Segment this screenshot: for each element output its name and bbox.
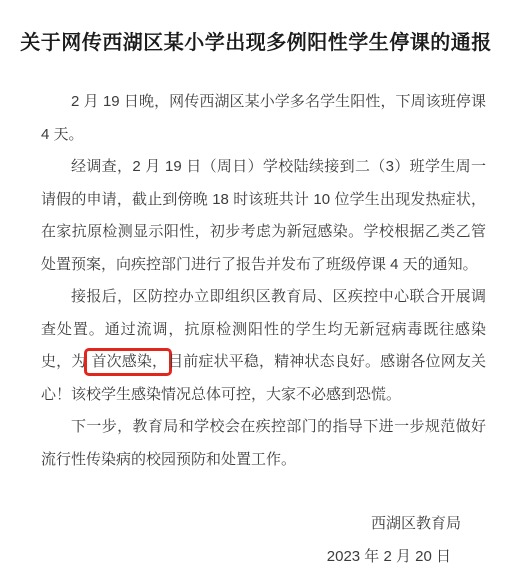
paragraph-next-steps: 下一步，教育局和学校会在疾控部门的指导下进一步规范做好流行性传染病的校园预防和处… [41,411,486,476]
document-body: 2 月 19 日晚，网传西湖区某小学多名学生阳性，下周该班停课 4 天。 经调查… [41,86,486,565]
paragraph-response: 接报后，区防控办立即组织区教育局、区疾控中心联合开展调查处置。通过流调，抗原检测… [41,281,486,411]
signature-block: 西湖区教育局 2023 年 2 月 20 日 [41,508,486,565]
notice-document: 关于网传西湖区某小学出现多例阳性学生停课的通报 2 月 19 日晚，网传西湖区某… [0,0,512,565]
paragraph-investigation: 经调查，2 月 19 日（周日）学校陆续接到二（3）班学生周一请假的申请，截止到… [41,151,486,281]
signature-org: 西湖区教育局 [41,508,486,541]
document-title: 关于网传西湖区某小学出现多例阳性学生停课的通报 [10,26,502,55]
paragraph-summary: 2 月 19 日晚，网传西湖区某小学多名学生阳性，下周该班停课 4 天。 [41,86,486,151]
highlight-red-box: 首次感染， [84,348,172,376]
signature-date: 2023 年 2 月 20 日 [41,541,486,565]
